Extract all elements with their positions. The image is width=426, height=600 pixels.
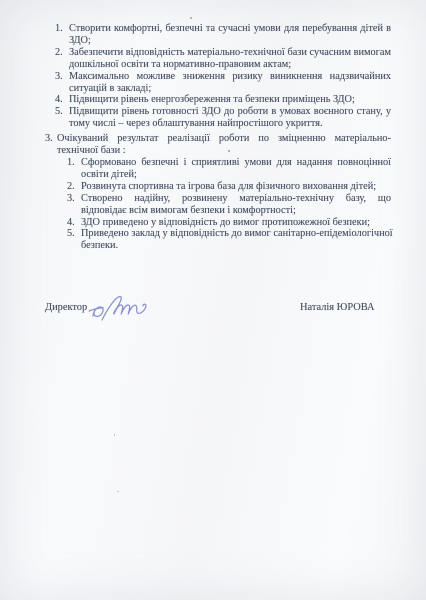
item-line: Забезпечити відповідність матеріально-те… (69, 47, 391, 59)
result-item: 2. Розвинута спортивна та ігрова база дл… (81, 181, 391, 193)
objectives-list: 1. Створити комфортні, безпечні та сучас… (69, 23, 391, 130)
item-line: Створити комфортні, безпечні та сучасні … (69, 23, 391, 35)
item-line: Приведено заклад у відповідність до вимо… (81, 228, 391, 240)
item-marker: 4. (55, 94, 63, 106)
director-label: Директор (45, 302, 87, 313)
document-page: 1. Створити комфортні, безпечні та сучас… (0, 0, 426, 600)
signature-stroke (102, 296, 146, 320)
objective-item: 3. Максимально можливе зниження ризику в… (69, 71, 391, 95)
item-marker: 2. (55, 47, 63, 59)
item-line: освіти дітей; (81, 169, 391, 181)
item-line: Очікуваний результат реалізації роботи п… (57, 133, 391, 145)
item-line: Сформовано безпечні і сприятливі умови д… (81, 157, 391, 169)
objective-item: 2. Забезпечити відповідність матеріально… (69, 47, 391, 71)
result-item: 3. Створено надійну, розвинену матеріаль… (81, 193, 391, 217)
result-item: 1. Сформовано безпечні і сприятливі умов… (81, 157, 391, 181)
item-marker: 5. (55, 106, 63, 118)
section-item: 3. Очікуваний результат реалізації робот… (57, 133, 391, 157)
item-line: Підвищити рівень енергозбереження та без… (69, 94, 391, 106)
results-section-heading: 3. Очікуваний результат реалізації робот… (57, 133, 391, 157)
item-line: дошкільної освіти та нормативно-правовим… (69, 59, 391, 71)
scan-speck (228, 150, 230, 152)
item-line: тому числі – через облаштування найпрост… (69, 118, 391, 130)
scan-speck (190, 17, 192, 19)
objective-item: 4. Підвищити рівень енергозбереження та … (69, 94, 391, 106)
scan-speck (114, 434, 115, 436)
item-line: ЗДО; (69, 35, 391, 47)
item-line: безпеки. (81, 240, 391, 252)
item-marker: 3. (55, 71, 63, 83)
objective-item: 1. Створити комфортні, безпечні та сучас… (69, 23, 391, 47)
item-marker: 1. (67, 157, 75, 169)
result-item: 4. ЗДО приведено у відповідність до вимо… (81, 217, 391, 229)
item-line: технічної бази : (57, 145, 391, 157)
item-marker: 4. (67, 217, 75, 229)
item-line: відповідає всім вимогам безпеки і комфор… (81, 205, 391, 217)
item-marker: 5. (67, 228, 75, 240)
signatory-name: Наталія ЮРОВА (300, 302, 375, 313)
results-list: 1. Сформовано безпечні і сприятливі умов… (81, 157, 391, 252)
item-marker: 2. (67, 181, 75, 193)
objective-item: 5. Підвищити рівень готовності ЗДО до ро… (69, 106, 391, 130)
item-marker: 1. (55, 23, 63, 35)
result-item: 5. Приведено заклад у відповідність до в… (81, 228, 391, 252)
item-line: ЗДО приведено у відповідність до вимог п… (81, 217, 391, 229)
item-marker: 3. (67, 193, 75, 205)
scan-speck (117, 491, 119, 492)
handwritten-signature (85, 288, 167, 334)
item-line: Максимально можливе зниження ризику вини… (69, 71, 391, 83)
signature-block: Директор Наталія ЮРОВА (0, 302, 426, 342)
item-line: Створено надійну, розвинену матеріально-… (81, 193, 391, 205)
item-line: Розвинута спортивна та ігрова база для ф… (81, 181, 391, 193)
item-marker: 3. (45, 133, 53, 145)
item-line: ситуацій в закладі; (69, 83, 391, 95)
item-line: Підвищити рівень готовності ЗДО до робот… (69, 106, 391, 118)
